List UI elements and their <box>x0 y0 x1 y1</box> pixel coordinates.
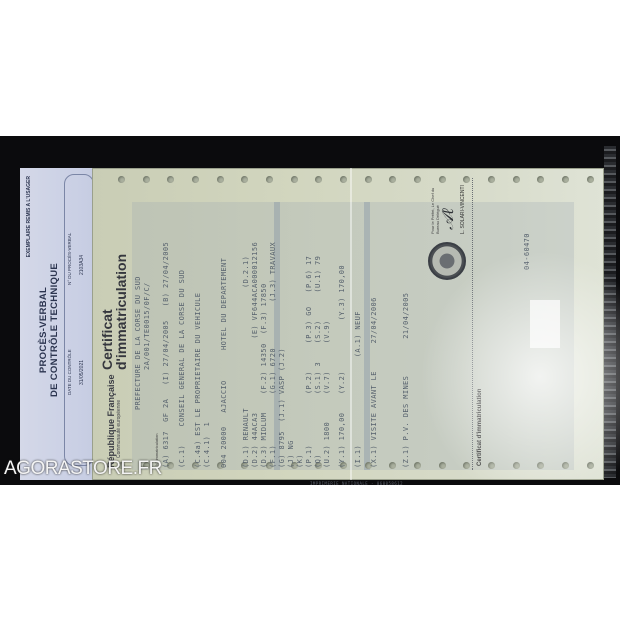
vehicle-line: (I.1) (A.1) NEUF <box>354 311 363 468</box>
line-c4a: (C.4a) EST LE PROPRIETAIRE DU VEHICULE <box>194 293 203 468</box>
stub-number: 04-60470 <box>523 233 532 270</box>
address: HOTEL DU DEPARTEMENT <box>220 258 229 350</box>
line-c41: (C.4.1) 1 <box>203 422 212 468</box>
vehicle-line: (X.1) VISITE AVANT LE 27/04/2006 <box>370 297 379 468</box>
pv-number-value: 2103A34 <box>79 255 85 275</box>
vehicle-line: (D.1) RENAULT (D.2.1) <box>242 256 251 468</box>
community-name: Communauté européenne <box>116 374 122 458</box>
plastic-sleeve-edge <box>604 146 616 478</box>
country-name: République Française <box>106 374 116 468</box>
pv-field-group: DATE DU CONTRÔLE 31/05/2021 N° DU PROCÈS… <box>64 174 94 466</box>
pv-copy-note: EXEMPLAIRE REMIS A L'USAGER <box>26 176 32 257</box>
pv-title: PROCÈS-VERBAL DE CONTRÔLE TECHNIQUE <box>38 250 60 410</box>
stub-title: Certificat d'immatriculation <box>477 389 483 466</box>
vehicle-line: (F.1) (G.1) 6720 (J.3) TRAVAUX <box>269 242 278 468</box>
line-a: (A) 6317 GF 2A (I) 27/04/2005 (B) 27/04/… <box>162 242 171 468</box>
certificate-rotated-content: République Française Communauté européen… <box>92 168 604 480</box>
registration-certificate: République Française Communauté européen… <box>92 168 604 480</box>
vehicle-line: (K) <box>296 454 305 468</box>
pv-date-value: 31/05/2021 <box>79 360 85 385</box>
line-c1: (C.1) CONSEIL GENERAL DE LA CORSE DU SUD <box>178 270 187 468</box>
vehicle-line: (Y.1) 170,00 (Y.2) (Y.3) 170,00 <box>338 265 347 468</box>
prefecture: PREFECTURE DE LA CORSE DU SUD <box>134 276 143 410</box>
city: 004 20000 AJACCIO <box>220 380 229 468</box>
vehicle-line: (Z.1) P.V. DES MINES 21/04/2005 <box>402 293 411 468</box>
reference: 2A/001/TE0015/0F/C/ <box>143 282 152 370</box>
vehicle-line: (D.2) 44ACA3 (E) VF644ACA000012156 <box>251 242 260 468</box>
vehicle-line: (D.3) MIDLUM (F.2) 14350 (F.3) 17850 <box>260 283 269 468</box>
vehicle-line: (U.2) 1800 (V.7) (V.9) <box>323 320 332 468</box>
republique-header: République Française Communauté européen… <box>106 374 122 468</box>
signatory: L. SOLARI-VINCENTI <box>460 185 466 234</box>
watermark: AGORASTORE.FR <box>4 458 162 480</box>
certificate-title: Certificat d'immatriculation <box>100 254 128 370</box>
vehicle-line: (J) NG <box>287 440 296 468</box>
pv-number-label: N° DU PROCÈS-VERBAL <box>67 233 72 285</box>
printer-imprint: IMPRIMERIE NATIONALE - 060058612 <box>310 481 403 486</box>
signature-icon: 𝒜ℓ <box>438 208 458 230</box>
pv-date-label: DATE DU CONTRÔLE <box>67 349 72 395</box>
vehicle-line: (G) 8795 (J.1) VASP (J.2) <box>278 348 287 468</box>
vehicle-line: (Q) (S.1) 3 (S.2) (U.1) 79 <box>314 256 323 468</box>
stamp-patch <box>530 300 560 348</box>
prefecture-seal-icon <box>428 242 466 280</box>
vehicle-line: (P.1) (P.2) (P.3) GO (P.6) 17 <box>305 256 314 468</box>
